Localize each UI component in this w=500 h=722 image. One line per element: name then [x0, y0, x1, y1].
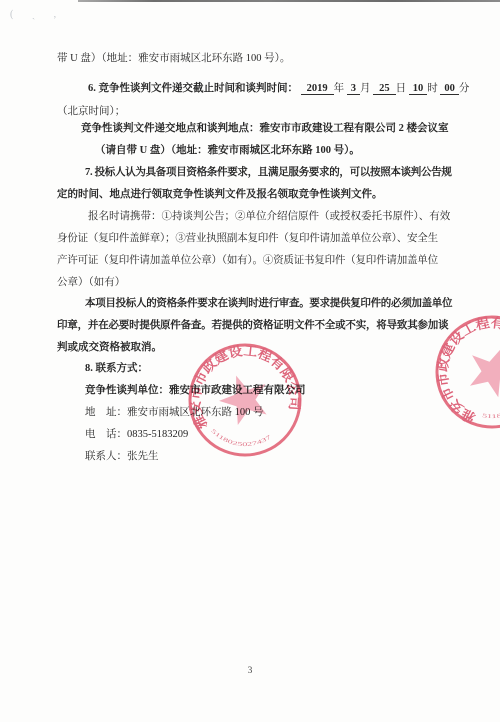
scan-artifact-corner-marks: ( ˎ ,	[10, 9, 64, 20]
scan-artifact-top-edge	[78, 0, 500, 2]
item7-line1: 7. 投标人认为具备项目资格条件要求，且满足服务要求的，可以按照本谈判公告规	[85, 166, 452, 180]
seal-code-number: 5118025027437	[210, 428, 273, 448]
item7-bring-line1: 报名时请携带：①持谈判公告；②单位介绍信原件（或授权委托书原件）、有效	[88, 210, 450, 224]
item8-heading: 8. 联系方式：	[85, 362, 148, 376]
item6-place-label: 竞争性谈判文件递交地点和谈判地点：	[81, 123, 260, 134]
item6-timezone: （北京时间）；	[57, 105, 125, 119]
deadline-hour-unit: 时	[427, 83, 438, 94]
seal-star-icon	[456, 336, 500, 404]
scanned-document-page: ( ˎ , 带 U 盘）（地址：雅安市雨城区北环东路 100 号）。 6. 竞争…	[0, 0, 500, 722]
item6-place-line: 竞争性谈判文件递交地点和谈判地点：雅安市市政建设工程有限公司 2 楼会议室	[81, 122, 449, 136]
deadline-minute-unit: 分	[459, 83, 470, 94]
deadline-day: 25	[373, 83, 396, 95]
item7-line2: 定的时间、地点进行领取竞争性谈判文件及报名领取竞争性谈判文件。	[57, 188, 383, 202]
item6-place-value: 雅安市市政建设工程有限公司 2 楼会议室	[260, 123, 449, 134]
item8-contact-line: 联系人：张先生	[85, 450, 159, 464]
item6-deadline-line: 6. 竞争性谈判文件递交截止时间和谈判时间： 2019年 3月 25日 10时 …	[88, 82, 469, 96]
deadline-hour: 10	[409, 83, 428, 95]
company-seal-stamp: 雅安市市政建设工程有限公司 5118025027437	[173, 328, 317, 472]
svg-text:5118025027437: 5118025027437	[210, 428, 273, 448]
deadline-year-unit: 年	[334, 83, 345, 94]
deadline-minute: 00	[440, 83, 459, 95]
item7-bring-line4: 公章）（如有）	[57, 276, 125, 290]
deadline-month-unit: 月	[360, 83, 371, 94]
item6-label: 6. 竞争性谈判文件递交截止时间和谈判时间：	[88, 83, 298, 94]
item8-unit-label: 竞争性谈判单位：	[85, 385, 169, 396]
item8-contact-label: 联系人：	[85, 451, 127, 462]
deadline-year: 2019	[301, 83, 334, 95]
seal-star-icon	[213, 367, 275, 428]
deadline-month: 3	[347, 83, 360, 95]
item6-place-note: （请自带 U 盘）（地址：雅安市雨城区北环东路 100 号）。	[95, 144, 360, 158]
paragraph-continuation: 带 U 盘）（地址：雅安市雨城区北环东路 100 号）。	[57, 52, 290, 66]
item8-phone-label: 电 话：	[85, 429, 127, 440]
deadline-day-unit: 日	[396, 83, 407, 94]
item7-review-line3: 判或成交资格被取消。	[57, 341, 162, 355]
page-number: 3	[0, 666, 500, 676]
company-seal-icon: 雅安市市政建设工程有限公司 5118025027437	[173, 328, 317, 472]
item7-bring-line2: 身份证（复印件盖鲜章）；③营业执照副本复印件（复印件请加盖单位公章）、安全生	[57, 232, 438, 246]
item8-address-label: 地 址：	[85, 407, 127, 418]
item8-contact-value: 张先生	[127, 451, 159, 462]
item7-bring-line3: 产许可证（复印件请加盖单位公章）（如有）。④资质证书复印件（复印件请加盖单位	[57, 254, 438, 268]
item7-review-line1: 本项目投标人的资格条件要求在谈判时进行审查。要求提供复印件的必须加盖单位	[85, 297, 452, 311]
